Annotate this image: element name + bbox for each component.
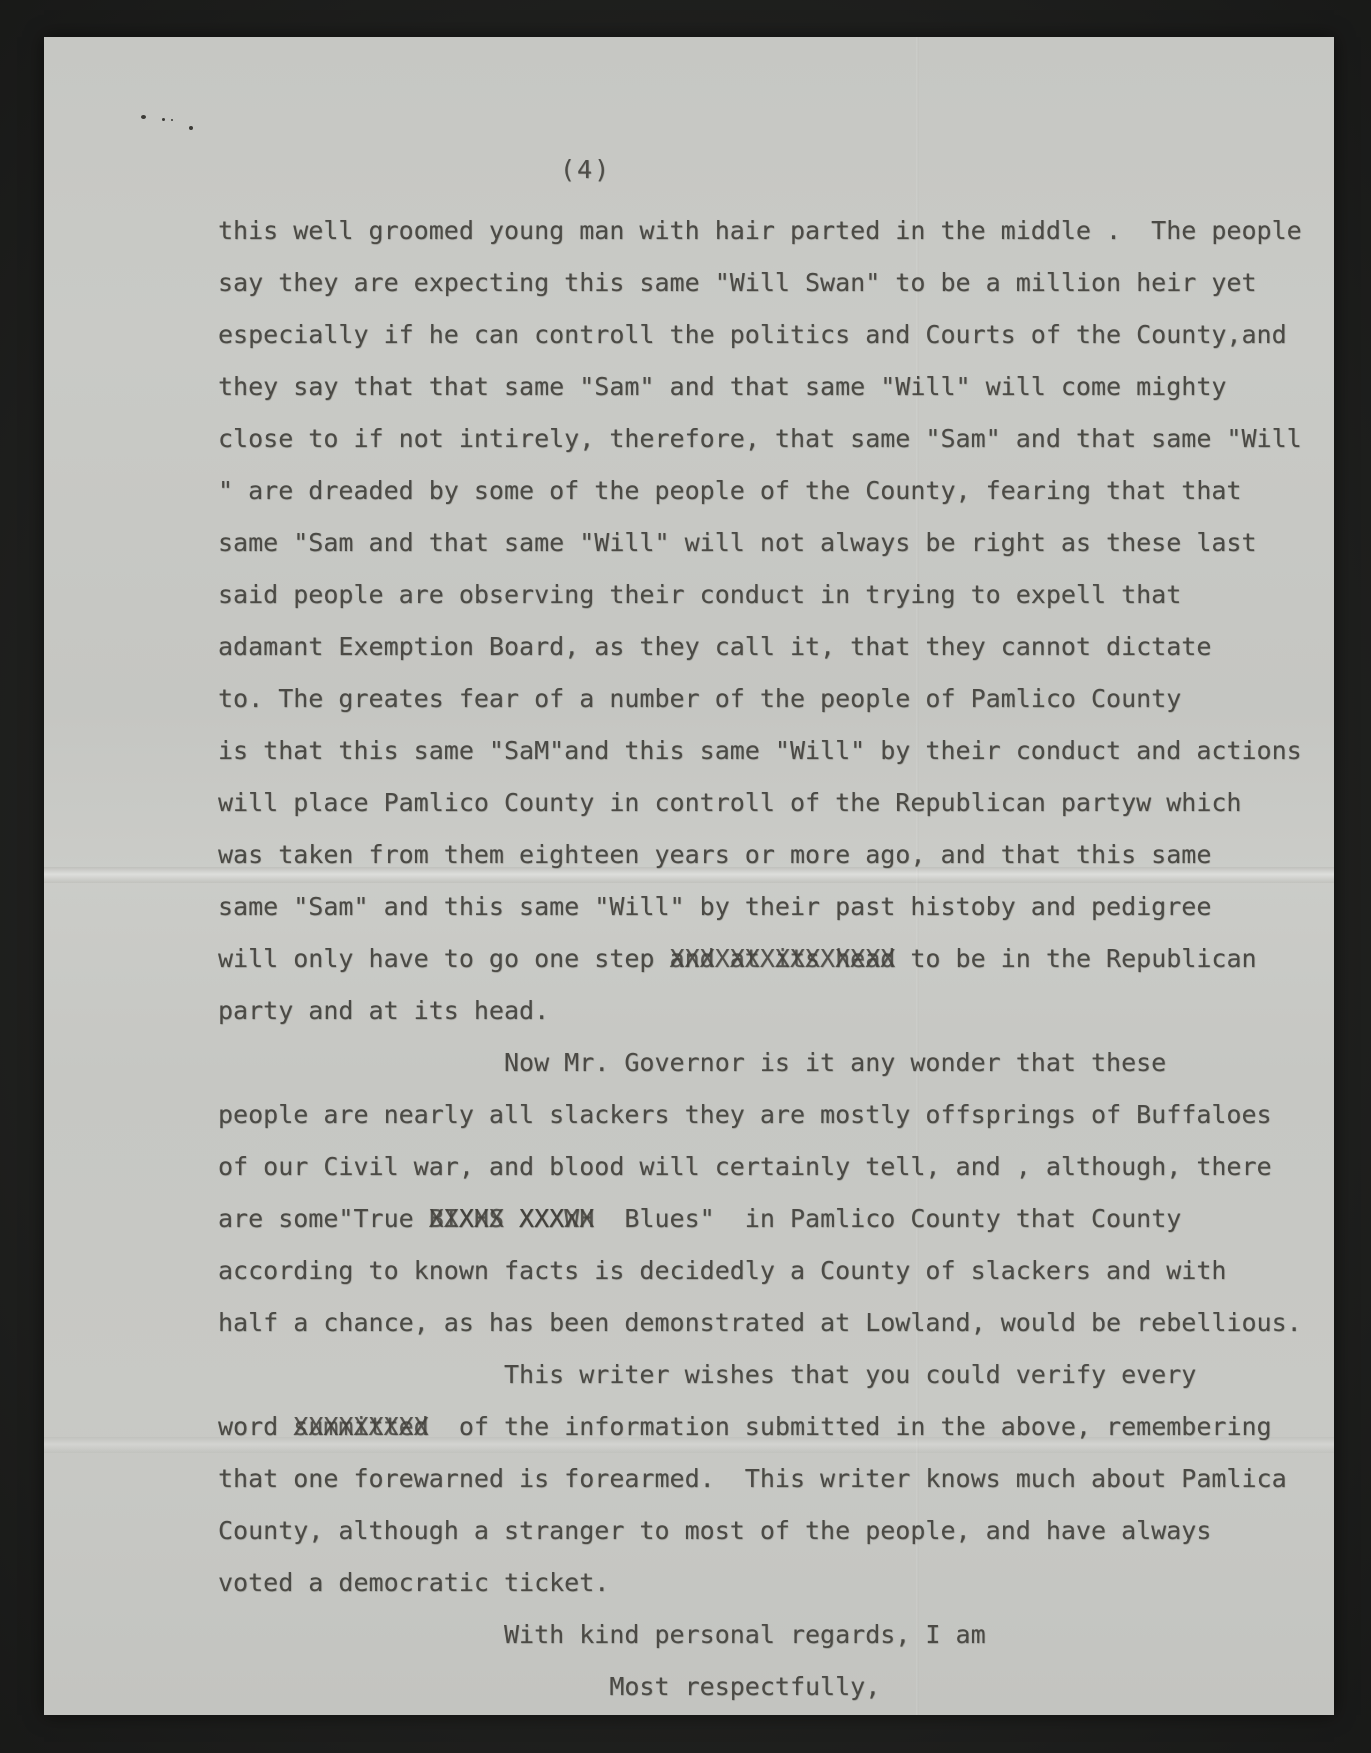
typed-line: half a chance, as has been demonstrated …	[218, 1297, 1334, 1349]
scan-background: (4) this well groomed young man with hai…	[0, 0, 1371, 1753]
typed-line: " are dreaded by some of the people of t…	[218, 465, 1334, 517]
typed-line: is that this same "SaM"and this same "Wi…	[218, 725, 1334, 777]
typed-line: County, although a stranger to most of t…	[218, 1505, 1334, 1557]
typed-line: With kind personal regards, I am	[218, 1609, 1334, 1661]
typed-line: same "Sam and that same "Will" will not …	[218, 517, 1334, 569]
typed-line: are some"True BIXHS XXXWHXXXXX XXXXX Blu…	[218, 1193, 1334, 1245]
typed-line: close to if not intirely, therefore, tha…	[218, 413, 1334, 465]
typed-line: say they are expecting this same "Will S…	[218, 257, 1334, 309]
typed-line: This writer wishes that you could verify…	[218, 1349, 1334, 1401]
struck-out-text: and at its headXXXXXXXXXXXXXXX	[670, 933, 896, 985]
typed-line: will only have to go one step and at its…	[218, 933, 1334, 985]
typed-line: especially if he can controll the politi…	[218, 309, 1334, 361]
typed-line: word summittedXXXXXXXXX of the informati…	[218, 1401, 1334, 1453]
typed-line: adamant Exemption Board, as they call it…	[218, 621, 1334, 673]
ink-speck	[189, 126, 193, 130]
typed-line: same "Sam" and this same "Will" by their…	[218, 881, 1334, 933]
typed-line: to. The greates fear of a number of the …	[218, 673, 1334, 725]
ink-speck	[171, 119, 173, 121]
typed-line: people are nearly all slackers they are …	[218, 1089, 1334, 1141]
page-number: (4)	[560, 155, 611, 184]
typed-line: will place Pamlico County in controll of…	[218, 777, 1334, 829]
typed-line: according to known facts is decidedly a …	[218, 1245, 1334, 1297]
ink-speck	[162, 118, 165, 121]
typed-line: Most respectfully,	[218, 1661, 1334, 1713]
letter-body: this well groomed young man with hair pa…	[218, 205, 1334, 1713]
typed-line: Now Mr. Governor is it any wonder that t…	[218, 1037, 1334, 1089]
typed-line: party and at its head.	[218, 985, 1334, 1037]
typed-line: this well groomed young man with hair pa…	[218, 205, 1334, 257]
typed-line: that one forewarned is forearmed. This w…	[218, 1453, 1334, 1505]
struck-out-text: BIXHS XXXWHXXXXX XXXXX	[429, 1193, 595, 1245]
typed-line: they say that that same "Sam" and that s…	[218, 361, 1334, 413]
typed-line: of our Civil war, and blood will certain…	[218, 1141, 1334, 1193]
typed-line: was taken from them eighteen years or mo…	[218, 829, 1334, 881]
typed-line: voted a democratic ticket.	[218, 1557, 1334, 1609]
ink-speck	[141, 115, 146, 119]
struck-out-text: summittedXXXXXXXXX	[293, 1401, 428, 1453]
typed-line: said people are observing their conduct …	[218, 569, 1334, 621]
letter-page: (4) this well groomed young man with hai…	[44, 37, 1334, 1715]
